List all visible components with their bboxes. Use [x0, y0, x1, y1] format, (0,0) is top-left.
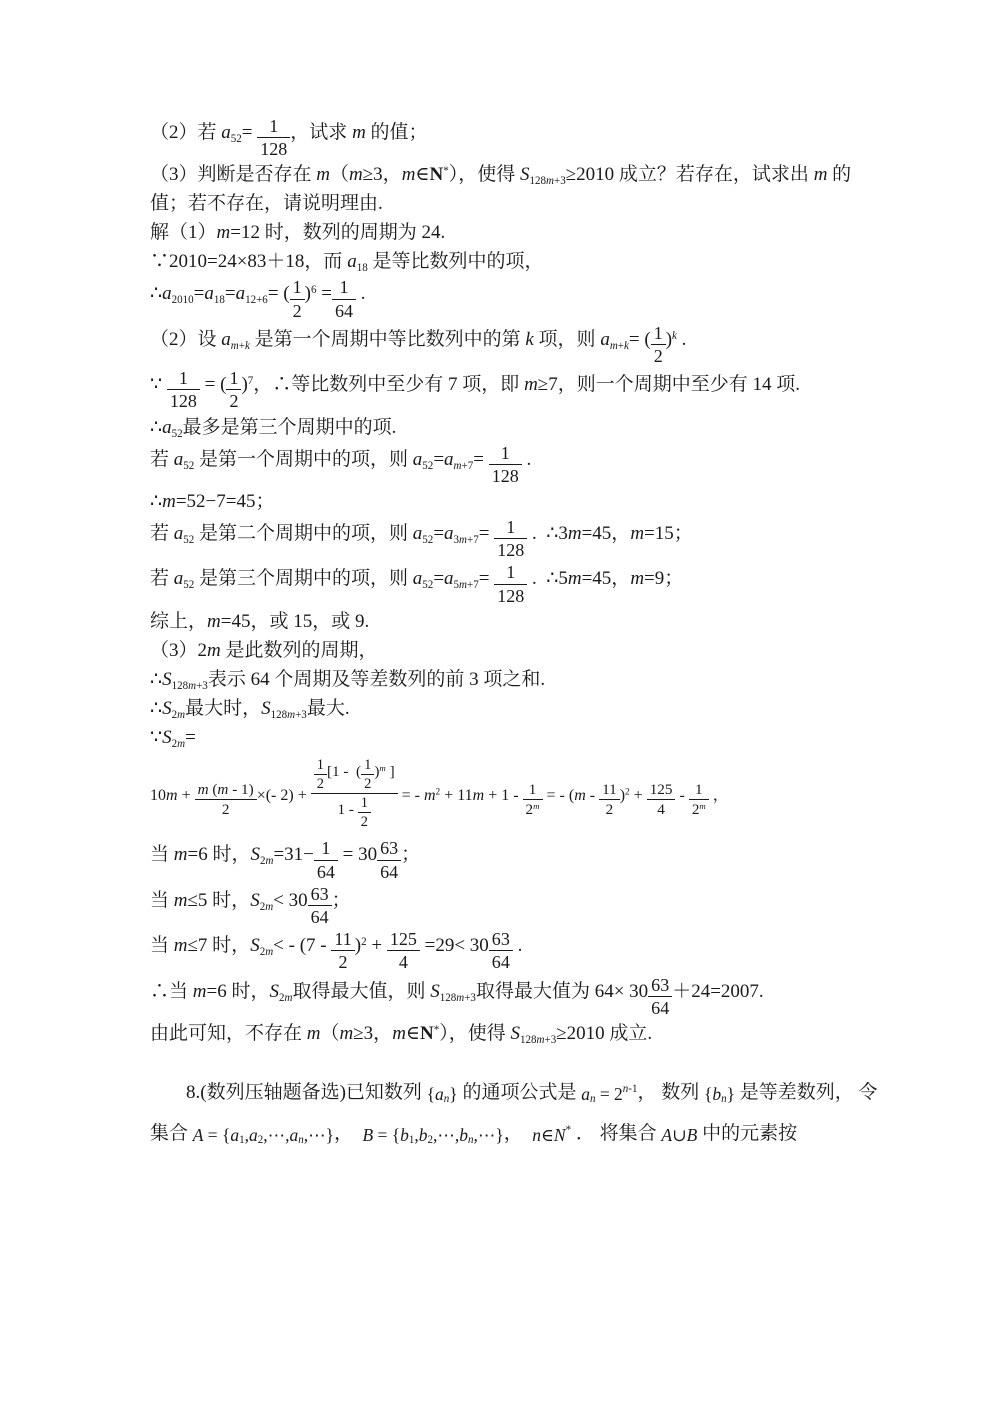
text-run: ,⋯, — [433, 1125, 459, 1145]
text-run: ， — [504, 1123, 533, 1144]
text-run: 表示 64 个周期及等差数列的前 3 项之和. — [208, 669, 545, 690]
fraction: 1128 — [257, 116, 290, 159]
fraction: 6364 — [308, 884, 332, 927]
text-run: （3）判断是否存在 — [150, 164, 316, 185]
math-variable: a — [230, 1125, 239, 1145]
math-variable: a — [174, 569, 184, 590]
fraction-numerator: 1 — [361, 757, 374, 775]
math-variable: S — [250, 845, 260, 866]
text-run: { — [427, 1084, 435, 1104]
math-variable: n — [532, 1125, 541, 1145]
math-variable: S — [162, 698, 172, 719]
fraction-denominator: 64 — [308, 906, 332, 927]
math-variable: m — [162, 491, 176, 512]
text-run: = 2 — [595, 1084, 622, 1104]
math-variable: m — [316, 164, 330, 185]
subscript: 52 — [422, 534, 433, 546]
text-run: 是第一个周期中的项，则 — [194, 449, 413, 470]
superscript: n-1 — [623, 1083, 638, 1095]
subscript: n — [721, 1093, 727, 1105]
text-run: ∈ — [415, 164, 429, 185]
text-run: =9； — [644, 569, 683, 590]
text-run: ≥2010 成立. — [556, 1023, 652, 1044]
subscript: 52 — [172, 427, 183, 439]
text-run: ，∴等比数列中至少有 7 项，即 — [253, 374, 524, 395]
math-variable: a — [162, 417, 172, 438]
text-run: ， 数列 — [637, 1082, 704, 1103]
text-run: =45，或 15，或 9. — [221, 611, 369, 632]
text-run: （3）2 — [150, 640, 207, 661]
fraction: 12m — [523, 781, 543, 818]
math-variable: A — [193, 1125, 204, 1145]
subscript: 1 — [239, 1134, 245, 1146]
fraction-denominator: 64 — [314, 861, 338, 882]
fraction-denominator: 64 — [377, 861, 401, 882]
superscript: m — [533, 801, 539, 811]
text-run: = — [242, 122, 257, 143]
math-variable: m — [193, 981, 207, 1002]
math-variable: a — [347, 251, 357, 272]
text-run: ,⋯, — [263, 1125, 289, 1145]
math-variable: m — [207, 640, 221, 661]
fraction-denominator: 128 — [489, 465, 522, 486]
math-variable: B — [687, 1125, 698, 1145]
text-run: =15； — [644, 523, 693, 544]
text-run: + — [630, 787, 647, 804]
fraction: 164 — [332, 277, 356, 320]
text-run: . — [513, 935, 523, 956]
fraction-numerator: 1 — [689, 781, 709, 800]
doc-line-case-m-le7: 当 m≤7 时，S2m< - (7 - 112)2 + 1254 =29< 30… — [150, 929, 890, 972]
fraction-numerator: 63 — [648, 975, 672, 997]
subscript: m+k — [231, 340, 250, 352]
math-variable: m — [392, 1023, 406, 1044]
math-variable: m — [174, 890, 188, 911]
text-run: } — [449, 1084, 457, 1104]
math-variable: m — [307, 1023, 321, 1044]
text-run: =31− — [273, 845, 313, 866]
fraction: 6364 — [377, 838, 401, 881]
math-variable: a — [435, 1084, 444, 1104]
text-run: ； — [401, 845, 420, 866]
text-run: - — [586, 787, 599, 804]
fraction: 1254 — [647, 781, 676, 818]
doc-line-sol3-sum-meaning: ∴S128m+3表示 64 个周期及等差数列的前 3 项之和. — [150, 666, 890, 693]
fraction-numerator: 1 — [489, 443, 522, 465]
subscript: 2m — [260, 901, 273, 913]
fraction-numerator: 11 — [599, 781, 620, 800]
math-variable: a — [413, 569, 423, 590]
text-run: = — [433, 523, 444, 544]
text-run: ] — [386, 763, 395, 780]
math-variable: m — [568, 523, 582, 544]
doc-line-conclusion-max: ∴当 m=6 时，S2m取得最大值，则 S128m+3取得最大值为 64× 30… — [150, 975, 890, 1018]
text-run: （ — [321, 1023, 340, 1044]
fraction: 12 — [651, 323, 666, 366]
text-run: 若 — [150, 449, 174, 470]
text-run: 1 - — [337, 801, 357, 818]
fraction-denominator: 1 - 12 — [311, 794, 398, 830]
subscript: 52 — [422, 460, 433, 472]
fraction-denominator: 2 — [358, 813, 371, 830]
text-run: =29< 30 — [420, 935, 489, 956]
text-run: = — [433, 449, 444, 470]
fraction-denominator: 2 — [651, 345, 666, 366]
math-variable: S — [511, 1023, 521, 1044]
text-run: . ∴3 — [527, 523, 568, 544]
fraction: 1128 — [494, 517, 527, 560]
text-run: ∈ — [406, 1023, 420, 1044]
subscript: m+7 — [454, 460, 474, 472]
text-run: = — [185, 727, 196, 748]
doc-line-q2: （2）若 a52= 1128，试求 m 的值； — [150, 116, 890, 159]
doc-line-sol2-case1: 若 a52 是第一个周期中的项，则 a52=am+7= 1128 . — [150, 443, 890, 486]
fraction-numerator: 125 — [387, 929, 420, 951]
text-run: - 1) — [228, 781, 253, 798]
fraction-numerator: 1 — [314, 838, 338, 860]
text-run: ），使得 — [449, 164, 520, 185]
math-variable: S — [162, 669, 172, 690]
fraction: 1128 — [167, 368, 200, 411]
fraction: 12[1 - (12)m ]1 - 12 — [311, 757, 398, 831]
doc-line-conclusion-final: 由此可知，不存在 m（m≥3，m∈N*），使得 S128m+3≥2010 成立. — [150, 1020, 890, 1047]
text-run: （2）设 — [150, 329, 221, 350]
text-run: . ∴5 — [527, 569, 568, 590]
math-variable: a — [600, 329, 610, 350]
subscript: 52 — [422, 579, 433, 591]
fraction-numerator: 63 — [308, 884, 332, 906]
doc-line-sol2-setup: （2）设 am+k 是第一个周期中等比数列中的第 k 项，则 am+k= (12… — [150, 323, 890, 366]
fraction: 112 — [331, 929, 354, 972]
text-run: 取得最大值为 64× 30 — [476, 981, 648, 1002]
doc-line-sol1-because: ∵2010=24×83＋18，而 a18 是等比数列中的项， — [150, 248, 890, 275]
math-variable: m — [174, 935, 188, 956]
subscript: 128m+3 — [530, 175, 566, 187]
text-run: ∴ — [150, 283, 162, 304]
doc-line-case-m-le5: 当 m≤5 时，S2m< 306364； — [150, 884, 890, 927]
text-run: = — [194, 283, 205, 304]
text-run: 的值； — [366, 122, 428, 143]
doc-line-sol2-because: ∵ 1128 = (12)7，∴等比数列中至少有 7 项，即 m≥7，则一个周期… — [150, 368, 890, 411]
math-variable: S — [261, 698, 271, 719]
subscript: 18 — [357, 262, 368, 274]
fraction-denominator: 4 — [647, 800, 676, 818]
math-variable: m — [217, 222, 231, 243]
fraction-denominator: 64 — [332, 300, 356, 321]
text-run: 项，则 — [534, 329, 601, 350]
text-run: 当 — [150, 890, 174, 911]
math-variable: b — [400, 1125, 409, 1145]
fraction-denominator: 2 — [361, 775, 374, 792]
fraction: 12m — [689, 781, 709, 818]
math-variable: a — [413, 449, 423, 470]
math-variable: a — [444, 523, 454, 544]
text-run: 最大. — [307, 698, 350, 719]
fraction-denominator: 2 — [314, 775, 327, 792]
text-run: ≤5 时， — [188, 890, 251, 911]
text-run: = — [479, 523, 494, 544]
doc-line-sol1-therefore: ∴a2010=a18=a12+6= (12)6 =164 . — [150, 277, 890, 320]
fraction-numerator: 12[1 - (12)m ] — [311, 757, 398, 794]
fraction: 12 — [226, 368, 241, 411]
superscript: m — [699, 801, 705, 811]
fraction-numerator: 1 — [314, 757, 327, 775]
text-run: - — [675, 787, 688, 804]
subscript: 2m — [279, 992, 292, 1004]
math-variable: m — [630, 523, 644, 544]
text-run: ∈ — [541, 1125, 554, 1145]
subscript: 128m+3 — [271, 709, 307, 721]
fraction: 112 — [599, 781, 620, 818]
text-run: ×(- 2) + — [257, 787, 311, 804]
text-run: < - (7 - — [273, 935, 331, 956]
math-variable: a — [249, 1125, 258, 1145]
fraction-denominator: 128 — [167, 390, 200, 411]
fraction-numerator: 1 — [290, 277, 305, 299]
text-run: [1 - ( — [327, 763, 361, 780]
math-set-symbol: N — [420, 1023, 434, 1044]
fraction-numerator: m (m - 1) — [195, 781, 257, 800]
subscript: 52 — [183, 579, 194, 591]
doc-line-sol3-max-link: ∴S2m最大时，S128m+3最大. — [150, 695, 890, 722]
text-run: ． 将集合 — [571, 1123, 661, 1144]
text-run: ≥2010 成立？若存在，试求出 — [566, 164, 814, 185]
text-run: ∵ — [150, 374, 167, 395]
math-variable: m — [814, 164, 828, 185]
text-run: 集合 — [150, 1123, 193, 1144]
text-run: 的 — [827, 164, 851, 185]
text-run: 若 — [150, 569, 174, 590]
math-variable: a — [174, 523, 184, 544]
text-run: = — [316, 283, 331, 304]
text-run: ≤7 时， — [188, 935, 251, 956]
fraction-numerator: 1 — [332, 277, 356, 299]
doc-line-sol2-summary: 综上，m=45，或 15，或 9. — [150, 608, 890, 635]
text-run: 最多是第三个周期中的项. — [183, 417, 397, 438]
text-run: ∪ — [672, 1125, 687, 1145]
text-run: ∴ — [150, 669, 162, 690]
math-variable: a — [204, 283, 214, 304]
text-run: = ( — [268, 283, 290, 304]
text-run: = ( — [200, 374, 227, 395]
math-variable: b — [712, 1084, 721, 1104]
math-variable: a — [413, 523, 423, 544]
text-run: 综上， — [150, 611, 207, 632]
text-run: 若 — [150, 523, 174, 544]
fraction: 164 — [314, 838, 338, 881]
text-run: ,⋯} — [473, 1125, 503, 1145]
text-run: ∵2010=24×83＋18，而 — [150, 251, 347, 272]
fraction-numerator: 1 — [167, 368, 200, 390]
subscript: m+k — [610, 340, 629, 352]
math-variable: m — [424, 787, 436, 804]
math-variable: S — [430, 981, 440, 1002]
math-variable: a — [581, 1084, 590, 1104]
fraction-numerator: 1 — [257, 116, 290, 138]
text-run: 是等比数列中的项， — [368, 251, 544, 272]
fraction-denominator: 2m — [689, 800, 709, 818]
subscript: 2010 — [172, 294, 194, 306]
document-page: （2）若 a52= 1128，试求 m 的值；（3）判断是否存在 m（m≥3，m… — [0, 0, 1000, 1415]
text-run: =52−7=45； — [176, 491, 275, 512]
text-run: + 1 - — [484, 787, 522, 804]
text-run: 由此可知，不存在 — [150, 1023, 307, 1044]
doc-line-problem8-line2: 集合 A = {a1,a2,⋯,an,⋯}， B = {b1,b2,⋯,bn,⋯… — [150, 1120, 890, 1147]
text-run: . — [677, 329, 687, 350]
text-run: 是第一个周期中等比数列中的第 — [250, 329, 526, 350]
text-run: 10 — [150, 787, 166, 804]
text-run: 最大时， — [185, 698, 261, 719]
text-run: =12 时，数列的周期为 24. — [230, 222, 445, 243]
fraction-denominator: 128 — [494, 585, 527, 606]
text-run: 2 — [526, 801, 534, 818]
subscript: 128m+3 — [440, 992, 476, 1004]
text-run: =45， — [582, 523, 631, 544]
text-run: = — [479, 569, 494, 590]
fraction-denominator: 2 — [195, 800, 257, 818]
math-set-symbol: N — [430, 164, 444, 185]
doc-line-sol3-big-formula: 10m + m (m - 1)2×(- 2) + 12[1 - (12)m ]1… — [150, 757, 890, 831]
fraction-numerator: 1 — [226, 368, 241, 390]
math-variable: N — [554, 1125, 566, 1145]
math-variable: a — [444, 449, 454, 470]
fraction-numerator: 1 — [358, 795, 371, 813]
text-run: =45， — [582, 569, 631, 590]
math-variable: m — [340, 1023, 354, 1044]
subscript: 128m+3 — [172, 680, 208, 692]
text-run: 8.(数列压轴题备选)已知数列 — [186, 1082, 427, 1103]
text-run: ,⋯} — [304, 1125, 334, 1145]
math-variable: m — [574, 787, 586, 804]
text-run: 解（1） — [150, 222, 217, 243]
math-variable: m — [174, 845, 188, 866]
math-variable: a — [162, 283, 172, 304]
fraction-numerator: 11 — [331, 929, 354, 951]
fraction: m (m - 1)2 — [195, 781, 257, 818]
subscript: 52 — [183, 534, 194, 546]
doc-line-q3-line1: （3）判断是否存在 m（m≥3，m∈N*），使得 S128m+3≥2010 成立… — [150, 161, 890, 188]
subscript: 5m+7 — [454, 579, 479, 591]
text-run: ∴当 — [150, 981, 193, 1002]
subscript: 18 — [214, 294, 225, 306]
text-run: 取得最大值，则 — [292, 981, 430, 1002]
text-run: 是此数列的周期， — [221, 640, 378, 661]
fraction: 12 — [290, 277, 305, 320]
text-run: ∴ — [150, 417, 162, 438]
text-run: ∴ — [150, 698, 162, 719]
fraction: 1128 — [489, 443, 522, 486]
fraction-numerator: 63 — [377, 838, 401, 860]
text-run: = — [473, 449, 488, 470]
fraction-denominator: 128 — [257, 138, 290, 159]
text-run: 当 — [150, 845, 174, 866]
doc-line-problem8-line1: 8.(数列压轴题备选)已知数列 {an} 的通项公式是 an = 2n-1， 数… — [150, 1079, 890, 1106]
text-run: 当 — [150, 935, 174, 956]
math-variable: a — [236, 283, 246, 304]
math-variable: b — [419, 1125, 428, 1145]
subscript: 12+6 — [245, 294, 268, 306]
math-variable: a — [221, 122, 231, 143]
math-variable: m — [207, 611, 221, 632]
text-run: （2）若 — [150, 122, 221, 143]
fraction: 12 — [314, 757, 327, 792]
fraction-denominator: 2 — [331, 951, 354, 972]
text-run: = - — [398, 787, 424, 804]
doc-line-sol2-atmost: ∴a52最多是第三个周期中的项. — [150, 414, 890, 441]
subscript: 2m — [172, 738, 185, 750]
math-variable: A — [661, 1125, 672, 1145]
math-variable: b — [459, 1125, 468, 1145]
text-run: . — [356, 283, 366, 304]
fraction-numerator: 63 — [489, 929, 513, 951]
text-run: ＋24=2007. — [672, 981, 763, 1002]
math-variable: m — [349, 164, 363, 185]
fraction: 12 — [361, 757, 374, 792]
text-run: } — [727, 1084, 735, 1104]
subscript: 2m — [172, 709, 185, 721]
fraction-denominator: 64 — [648, 997, 672, 1018]
text-run: ≥3， — [353, 1023, 392, 1044]
fraction-denominator: 2 — [226, 390, 241, 411]
doc-line-sol2-case3: 若 a52 是第三个周期中的项，则 a52=a5m+7= 1128 . ∴5m=… — [150, 562, 890, 605]
math-variable: a — [444, 569, 454, 590]
subscript: 128m+3 — [520, 1034, 556, 1046]
doc-line-case-m6: 当 m=6 时，S2m=31−164 = 306364； — [150, 838, 890, 881]
math-variable: m — [352, 122, 366, 143]
fraction-denominator: 2 — [599, 800, 620, 818]
math-variable: a — [221, 329, 231, 350]
subscript: 52 — [231, 133, 242, 145]
math-variable: m — [217, 781, 228, 798]
fraction: 6364 — [648, 975, 672, 1018]
subscript: 2m — [260, 855, 273, 867]
math-variable: a — [174, 449, 184, 470]
math-variable: m — [402, 164, 416, 185]
math-variable: B — [363, 1125, 374, 1145]
doc-line-sol2-case2: 若 a52 是第二个周期中的项，则 a52=a3m+7= 1128 . ∴3m=… — [150, 517, 890, 560]
text-run: = 30 — [338, 845, 377, 866]
doc-line-q3-line2: 值；若不存在，请说明理由. — [150, 190, 890, 217]
fraction: 1254 — [387, 929, 420, 972]
fraction-numerator: 125 — [647, 781, 676, 800]
text-run: 是第二个周期中的项，则 — [194, 523, 413, 544]
fraction: 6364 — [489, 929, 513, 972]
text-run: 是等差数列， 令 — [735, 1082, 878, 1103]
fraction-numerator: 1 — [523, 781, 543, 800]
subscript: 52 — [183, 460, 194, 472]
subscript: n — [298, 1134, 304, 1146]
text-run: = { — [203, 1125, 230, 1145]
fraction-denominator: 2 — [290, 300, 305, 321]
text-run: ≥7，则一个周期中至少有 14 项. — [538, 374, 800, 395]
doc-line-sol3-s2m-intro: ∵S2m= — [150, 724, 890, 751]
fraction: 12 — [358, 795, 371, 830]
fraction-denominator: 4 — [387, 951, 420, 972]
fraction-numerator: 1 — [494, 517, 527, 539]
math-variable: S — [250, 935, 260, 956]
text-run: = — [433, 569, 444, 590]
text-run: ， — [334, 1123, 363, 1144]
text-run: + — [178, 787, 195, 804]
text-run: =6 时， — [188, 845, 251, 866]
text-run: ≥3， — [363, 164, 402, 185]
math-variable: m — [630, 569, 644, 590]
doc-line-sol1-period: 解（1）m=12 时，数列的周期为 24. — [150, 219, 890, 246]
text-run: 值；若不存在，请说明理由. — [150, 193, 383, 214]
fraction: 1128 — [494, 562, 527, 605]
text-run: + 11 — [440, 787, 472, 804]
text-run: = ( — [629, 329, 651, 350]
